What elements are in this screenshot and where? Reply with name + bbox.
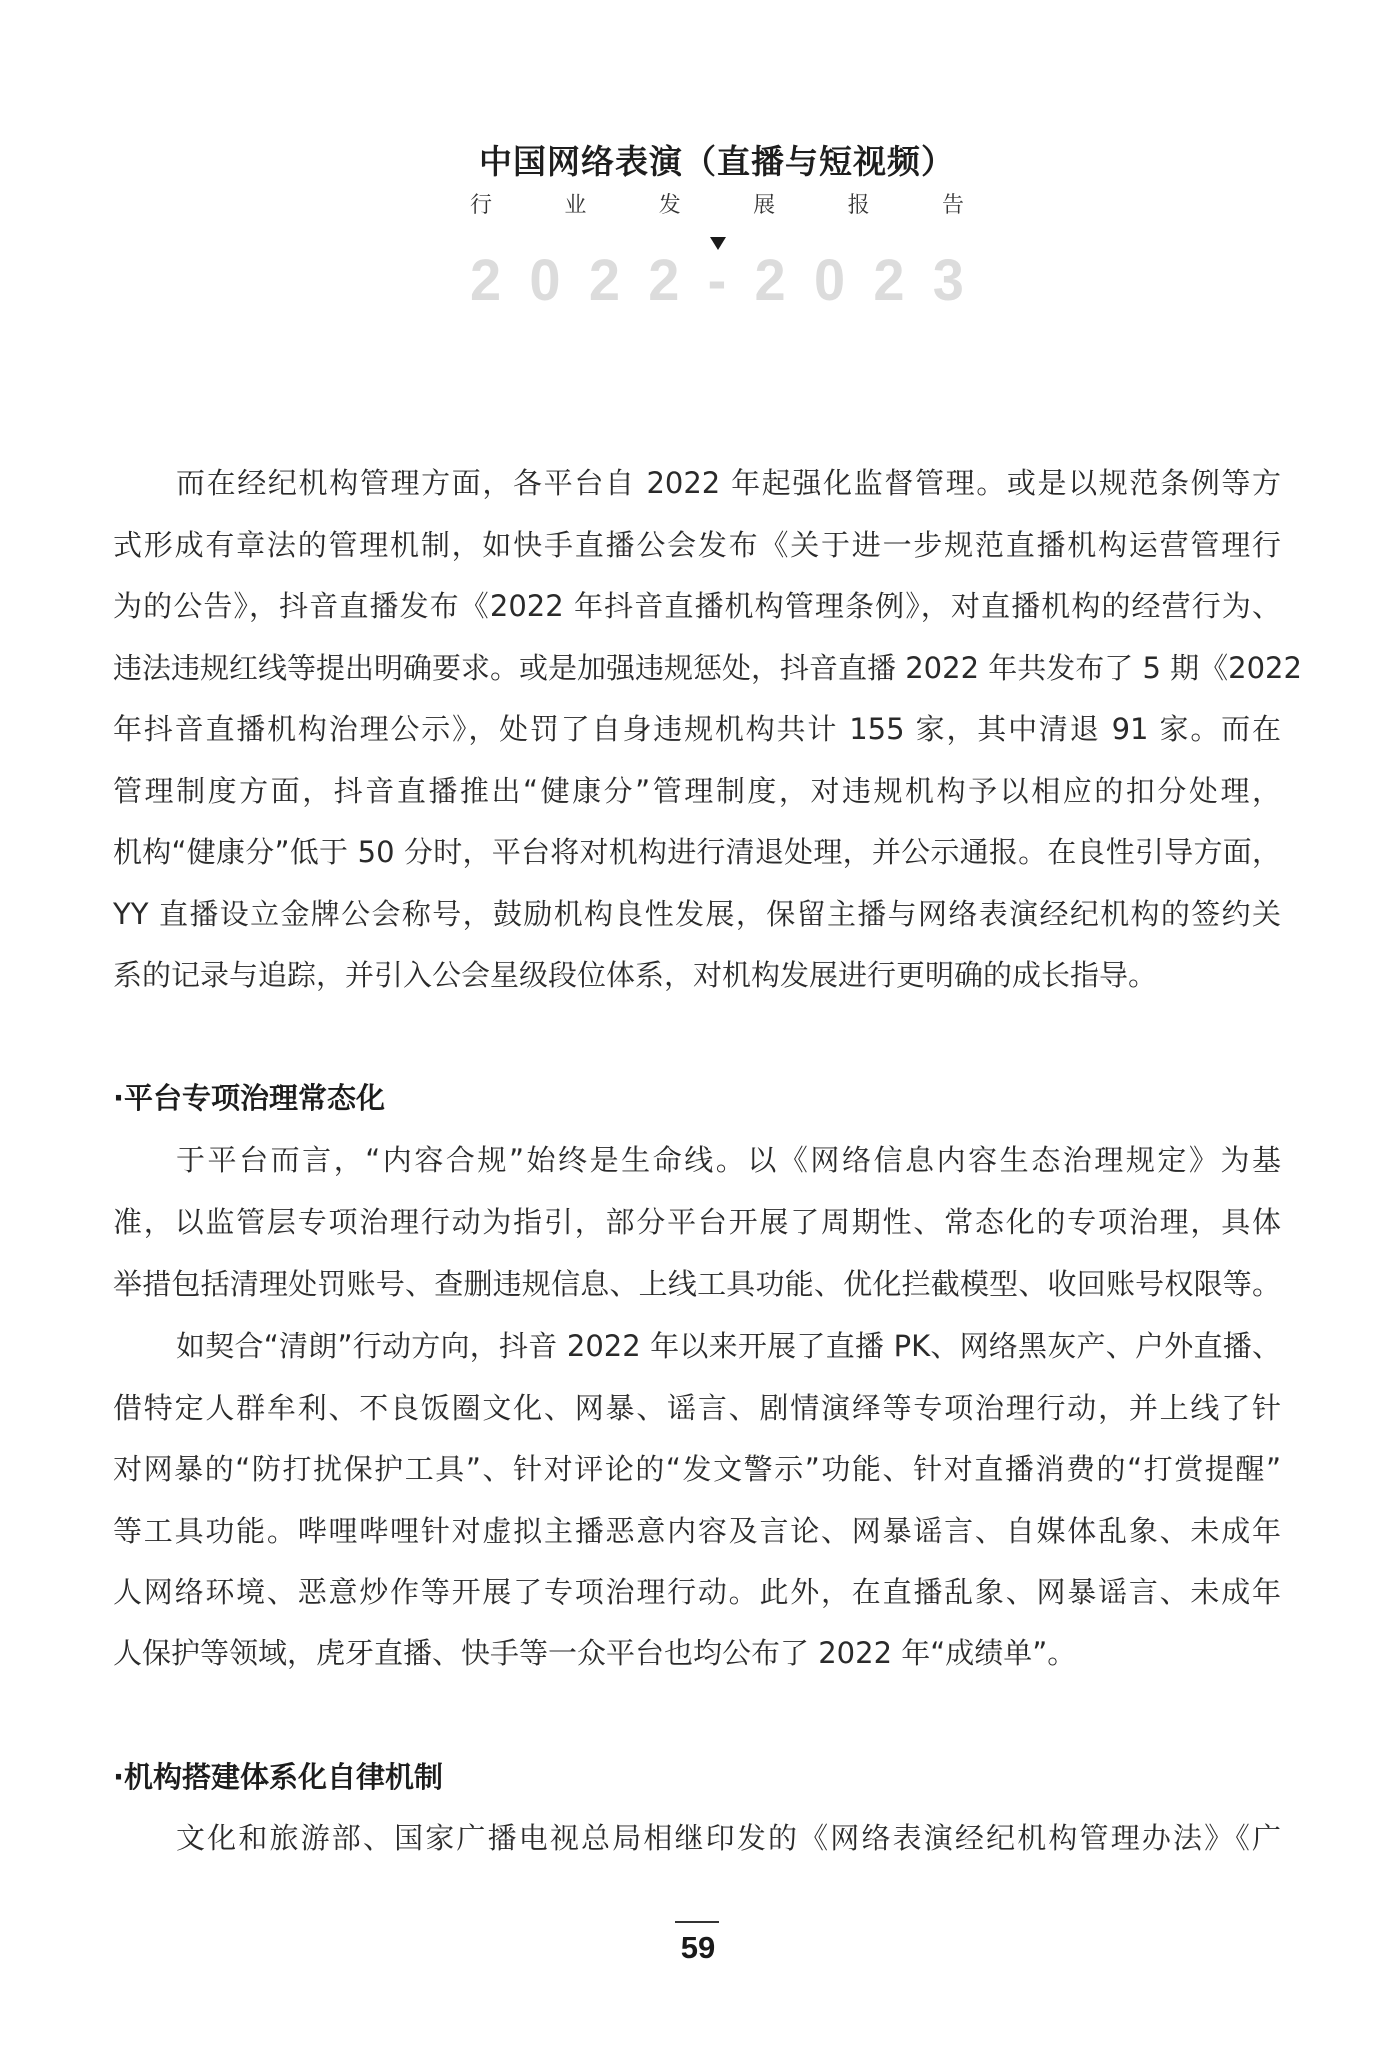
text-line: 机构“健康分”低于 50 分时，平台将对机构进行清退处理，并公示通报。在良性引导… — [113, 832, 1281, 872]
text-line: 准，以监管层专项治理行动为指引，部分平台开展了周期性、常态化的专项治理，具体 — [113, 1202, 1281, 1242]
text-line: 管理制度方面，抖音直播推出“健康分”管理制度，对违规机构予以相应的扣分处理， — [113, 771, 1281, 811]
subtitle-char: 告 — [942, 192, 964, 220]
report-subtitle: 行 业 发 展 报 告 — [470, 192, 964, 220]
text-line: YY 直播设立金牌公会称号，鼓励机构良性发展，保留主播与网络表演经纪机构的签约关 — [113, 894, 1281, 934]
text-line: 人保护等领域，虎牙直播、快手等一众平台也均公布了 2022 年“成绩单”。 — [113, 1633, 1281, 1673]
text-line: 于平台而言，“内容合规”始终是生命线。以《网络信息内容生态治理规定》为基 — [176, 1140, 1281, 1180]
page-number: 59 — [660, 1932, 736, 1964]
section-heading-agency-self-discipline: ·机构搭建体系化自律机制 — [113, 1757, 443, 1797]
year-char: 3 — [933, 253, 964, 308]
text-line: 如契合“清朗”行动方向，抖音 2022 年以来开展了直播 PK、网络黑灰产、户外… — [176, 1326, 1281, 1366]
text-line: 而在经纪机构管理方面，各平台自 2022 年起强化监督管理。或是以规范条例等方 — [176, 463, 1281, 503]
text-line: 系的记录与追踪，并引入公会星级段位体系，对机构发展进行更明确的成长指导。 — [113, 955, 1281, 995]
year-char: 2 — [873, 253, 904, 308]
year-char: - — [708, 253, 727, 308]
text-line: 人网络环境、恶意炒作等开展了专项治理行动。此外，在直播乱象、网暴谣言、未成年 — [113, 1572, 1281, 1612]
year-char: 0 — [814, 253, 845, 308]
year-char: 0 — [529, 253, 560, 308]
text-line: 对网暴的“防打扰保护工具”、针对评论的“发文警示”功能、针对直播消费的“打赏提醒… — [113, 1449, 1281, 1489]
text-line: 为的公告》，抖音直播发布《2022 年抖音直播机构管理条例》，对直播机构的经营行… — [113, 586, 1281, 626]
report-year: 2 0 2 2 - 2 0 2 3 — [470, 253, 964, 308]
year-char: 2 — [589, 253, 620, 308]
text-line: 文化和旅游部、国家广播电视总局相继印发的《网络表演经纪机构管理办法》《广 — [176, 1818, 1281, 1858]
report-title: 中国网络表演（直播与短视频） — [470, 140, 964, 184]
subtitle-char: 展 — [753, 192, 775, 220]
subtitle-char: 行 — [470, 192, 492, 220]
text-line: 举措包括清理处罚账号、查删违规信息、上线工具功能、优化拦截模型、收回账号权限等。 — [113, 1264, 1281, 1304]
year-char: 2 — [470, 253, 501, 308]
page-number-rule — [675, 1921, 719, 1923]
section-heading-platform-governance: ·平台专项治理常态化 — [113, 1078, 385, 1118]
text-line: 等工具功能。哔哩哔哩针对虚拟主播恶意内容及言论、网暴谣言、自媒体乱象、未成年 — [113, 1511, 1281, 1551]
year-char: 2 — [755, 253, 786, 308]
subtitle-char: 报 — [848, 192, 870, 220]
text-line: 借特定人群牟利、不良饭圈文化、网暴、谣言、剧情演绎等专项治理行动，并上线了针 — [113, 1388, 1281, 1428]
subtitle-char: 业 — [564, 192, 586, 220]
text-line: 式形成有章法的管理机制，如快手直播公会发布《关于进一步规范直播机构运营管理行 — [113, 525, 1281, 565]
text-line: 违法违规红线等提出明确要求。或是加强违规惩处，抖音直播 2022 年共发布了 5… — [113, 648, 1281, 688]
text-line: 年抖音直播机构治理公示》，处罚了自身违规机构共计 155 家，其中清退 91 家… — [113, 709, 1281, 749]
year-char: 2 — [648, 253, 679, 308]
subtitle-char: 发 — [659, 192, 681, 220]
